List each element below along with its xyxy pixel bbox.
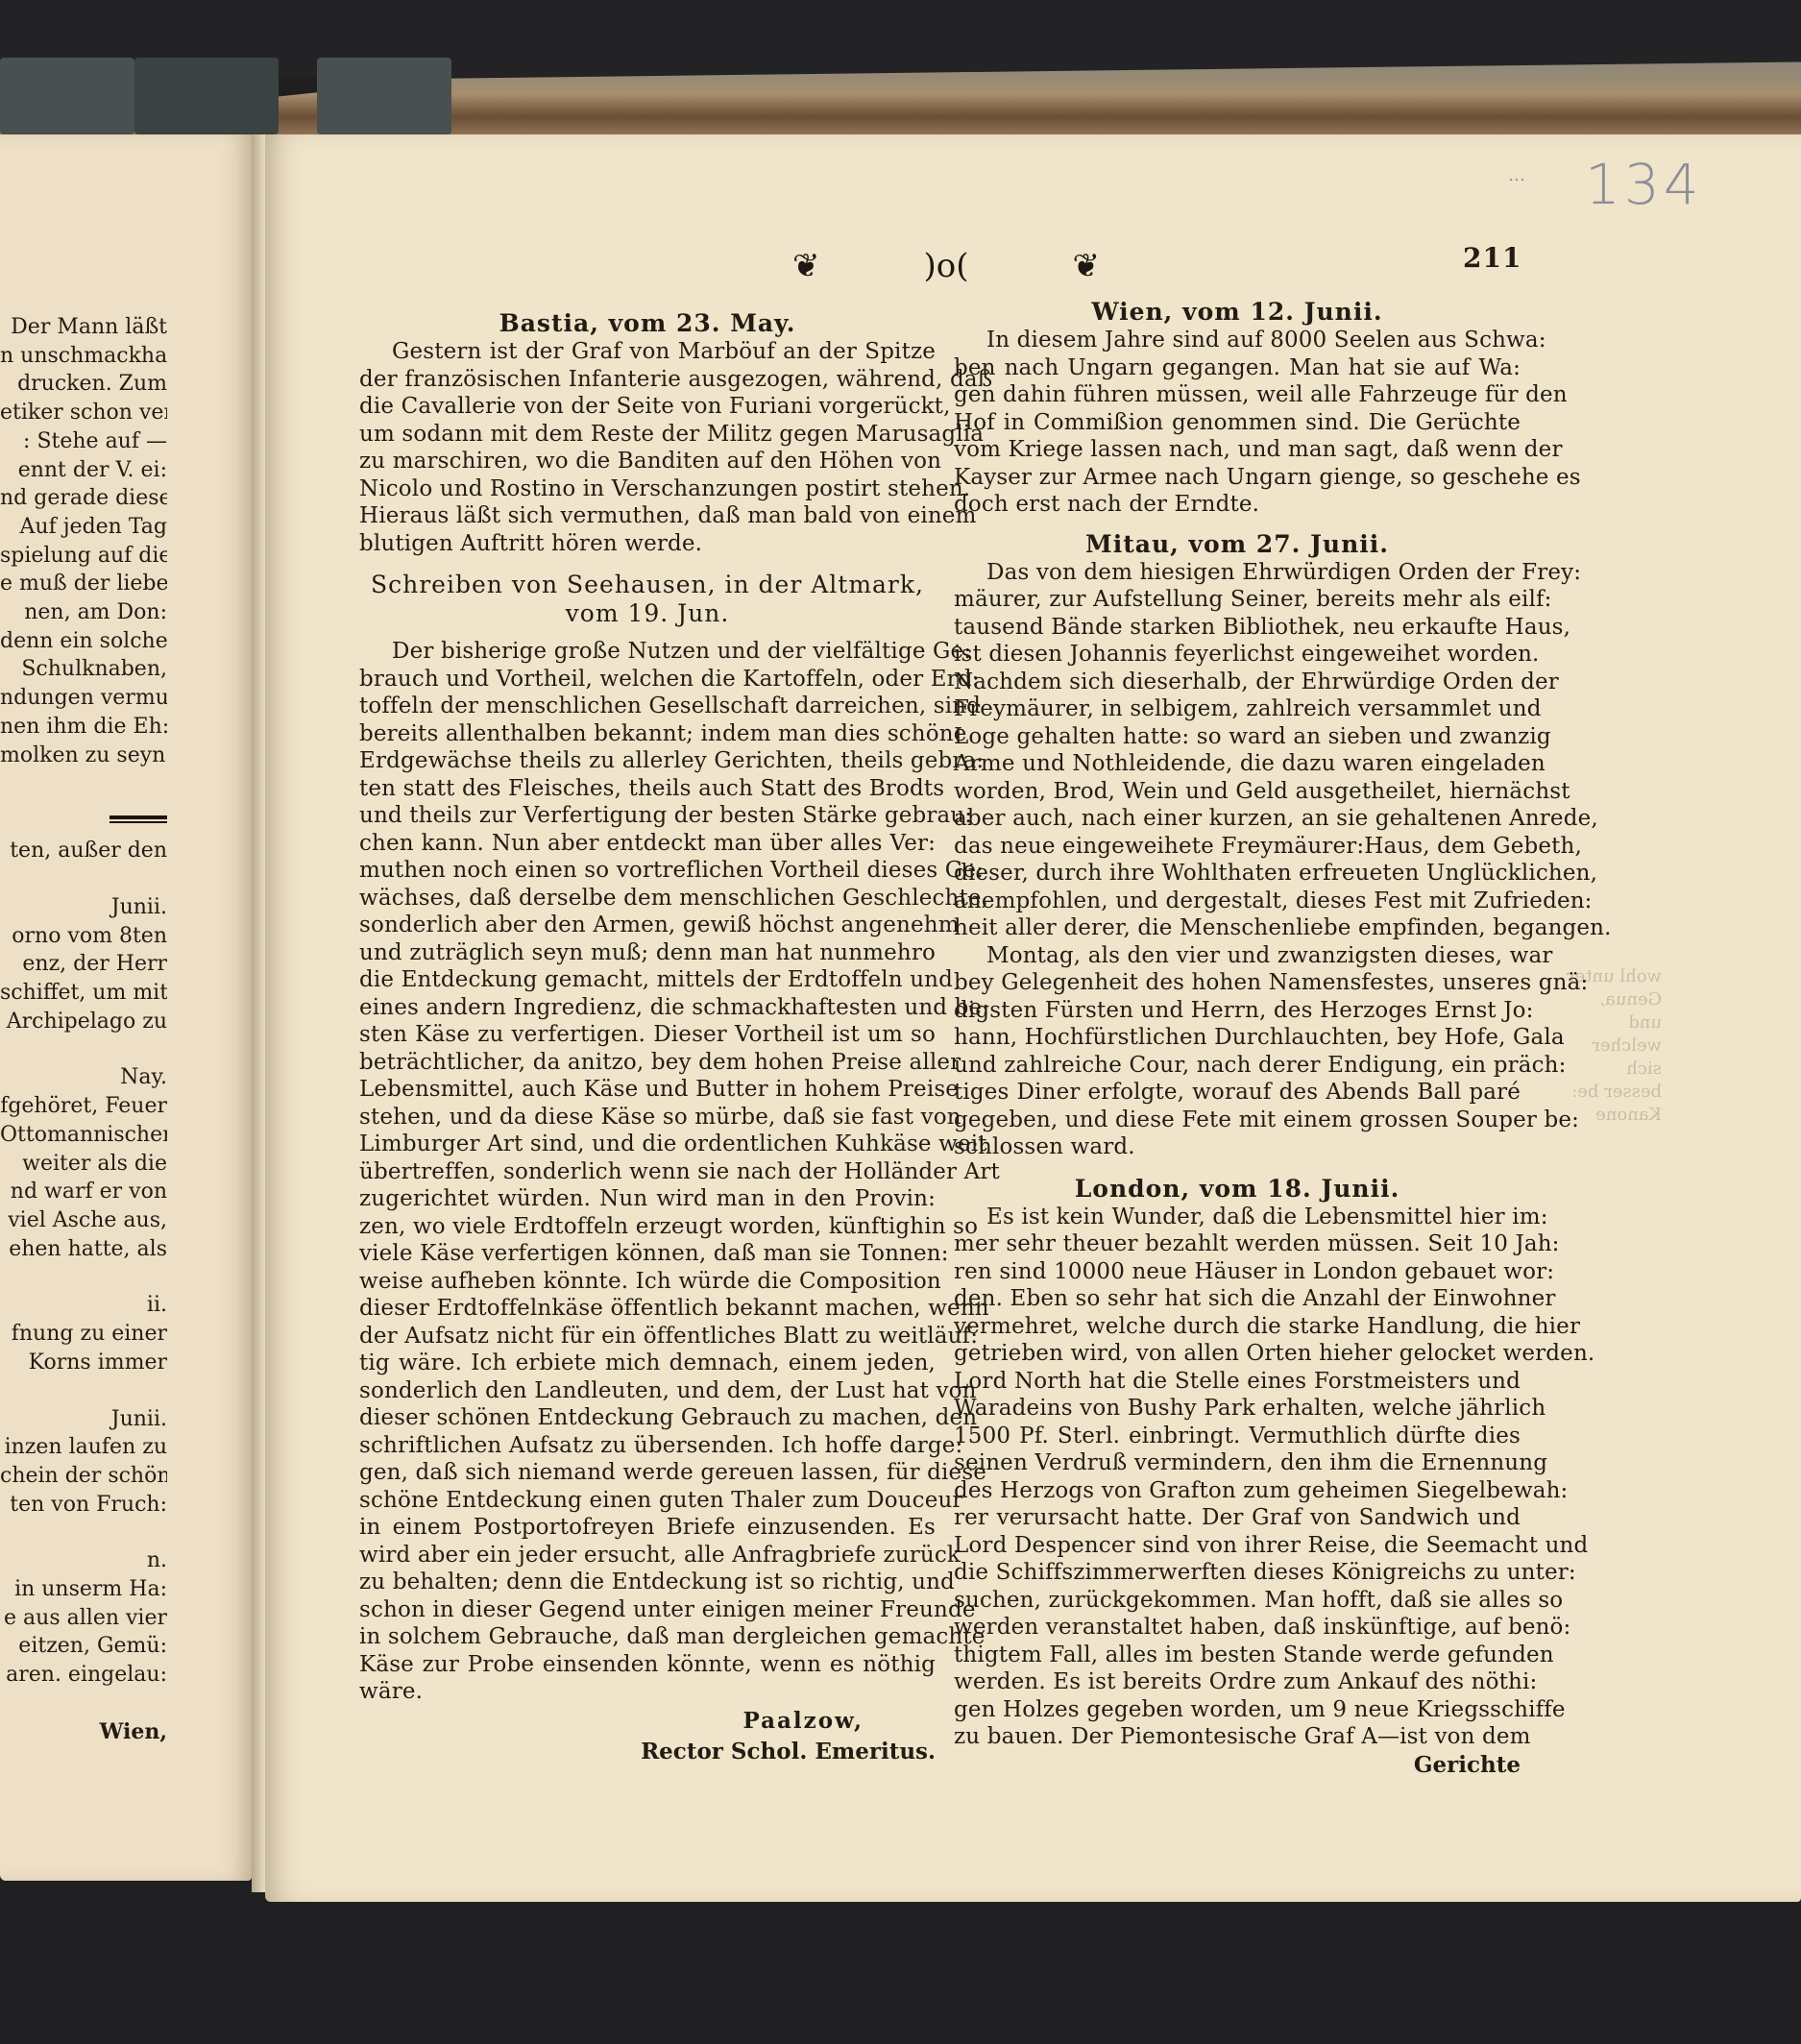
text-line: etiker schon ver:	[0, 399, 167, 427]
text-line	[0, 1519, 167, 1546]
text-line: ren sind 10000 neue Häuser in London geb…	[954, 1258, 1521, 1286]
text-line: schon in dieser Gegend unter einigen mei…	[359, 1596, 936, 1624]
text-line: Limburger Art sind, und die ordentlichen…	[359, 1131, 936, 1158]
text-line: tig wäre. Ich erbiete mich demnach, eine…	[359, 1350, 936, 1377]
text-line: in solchem Gebrauche, daß man dergleiche…	[359, 1623, 936, 1651]
fleuron-shell-icon: ❦	[792, 247, 820, 285]
text-line: Montag, als den vier und zwanzigsten die…	[954, 942, 1521, 970]
text-line: getrieben wird, von allen Orten hieher g…	[954, 1340, 1521, 1368]
article-body-bastia: Gestern ist der Graf von Marböuf an der …	[359, 338, 936, 557]
bleed-through-line: welcher sich	[1566, 1034, 1662, 1081]
text-line: Junii.	[0, 893, 167, 922]
text-line: In diesem Jahre sind auf 8000 Seelen aus…	[954, 327, 1521, 354]
signature-name: Paalzow,	[359, 1706, 936, 1737]
text-line: fnung zu einer	[0, 1320, 167, 1349]
text-line: bey Gelegenheit des hohen Namensfestes, …	[954, 969, 1521, 997]
text-line: eines andern Ingredienz, die schmackhaft…	[359, 994, 936, 1022]
double-rule-divider	[110, 821, 167, 823]
text-line: Lebensmittel, auch Käse und Butter in ho…	[359, 1076, 936, 1104]
text-line: doch erst nach der Erndte.	[954, 491, 1521, 519]
signature-title: Rector Schol. Emeritus.	[359, 1737, 936, 1767]
text-line: wäre.	[359, 1678, 936, 1706]
text-line: die Schiffszimmerwerften dieses Königrei…	[954, 1559, 1521, 1587]
archive-pencil-number: 134	[1585, 152, 1703, 217]
article-heading-seehausen-date: vom 19. Jun.	[359, 599, 936, 628]
text-line: in unserm Ha:	[0, 1575, 167, 1604]
text-line: muthen noch einen so vortreflichen Vorth…	[359, 857, 936, 885]
bleed-through-line: wohl unter	[1566, 965, 1662, 988]
text-line: Arme und Nothleidende, die dazu waren ei…	[954, 750, 1521, 778]
article-body-london: Es ist kein Wunder, daß die Lebensmittel…	[954, 1204, 1521, 1751]
text-line: zu bauen. Der Piemontesische Graf A—ist …	[954, 1723, 1521, 1751]
text-line: und zahlreiche Cour, nach derer Endigung…	[954, 1052, 1521, 1080]
text-line: rer verursacht hatte. Der Graf von Sandw…	[954, 1504, 1521, 1532]
text-line: Es ist kein Wunder, daß die Lebensmittel…	[954, 1204, 1521, 1231]
text-line: aren. eingelau:	[0, 1661, 167, 1690]
text-line: die Cavallerie von der Seite von Furiani…	[359, 393, 936, 421]
text-line: vom Kriege lassen nach, und man sagt, da…	[954, 436, 1521, 464]
text-line: brauch und Vortheil, welchen die Kartoff…	[359, 666, 936, 693]
text-line: nd gerade dieser	[0, 484, 167, 513]
text-line: zu behalten; denn die Entdeckung ist so …	[359, 1569, 936, 1596]
article-heading-wien: Wien, vom 12. Junii.	[954, 298, 1521, 327]
text-line: der Aufsatz nicht für ein öffentliches B…	[359, 1323, 936, 1350]
text-line: ten statt des Fleisches, theils auch Sta…	[359, 775, 936, 803]
article-heading-seehausen: Schreiben von Seehausen, in der Altmark,	[359, 571, 936, 599]
text-line: tausend Bände starken Bibliothek, neu er…	[954, 614, 1521, 642]
text-line: Lord North hat die Stelle eines Forstmei…	[954, 1368, 1521, 1396]
text-line: ist diesen Johannis feyerlichst eingewei…	[954, 641, 1521, 669]
text-line: fgehöret, Feuer	[0, 1092, 167, 1121]
article-body-wien: In diesem Jahre sind auf 8000 Seelen aus…	[954, 327, 1521, 519]
text-line: stehen, und da diese Käse so mürbe, daß …	[359, 1104, 936, 1131]
text-line: Waradeins von Bushy Park erhalten, welch…	[954, 1395, 1521, 1423]
text-line: 1500 Pf. Sterl. einbringt. Vermuthlich d…	[954, 1423, 1521, 1450]
text-line: e aus allen vier	[0, 1604, 167, 1633]
text-line: Schulknaben,	[0, 655, 167, 684]
bleed-through-line: Genua, und	[1566, 988, 1662, 1034]
text-line: Nay.	[0, 1063, 167, 1092]
text-line: zugerichtet würden. Nun wird man in den …	[359, 1185, 936, 1213]
text-line: digsten Fürsten und Herrn, des Herzoges …	[954, 997, 1521, 1025]
divider-ornament: )o(	[924, 247, 969, 285]
text-line: hann, Hochfürstlichen Durchlauchten, bey…	[954, 1024, 1521, 1052]
text-line: Gestern ist der Graf von Marböuf an der …	[359, 338, 936, 366]
text-line: n unschmackhaf:	[0, 342, 167, 371]
text-line	[0, 1377, 167, 1405]
text-line: gen, daß sich niemand werde gereuen lass…	[359, 1459, 936, 1487]
article-body-seehausen: Der bisherige große Nutzen und der vielf…	[359, 638, 936, 1706]
bleed-through-line: besser be:	[1566, 1081, 1662, 1104]
text-line: ben nach Ungarn gegangen. Man hat sie au…	[954, 354, 1521, 382]
text-line: Der bisherige große Nutzen und der vielf…	[359, 638, 936, 666]
text-line: schöne Entdeckung einen guten Thaler zum…	[359, 1487, 936, 1515]
text-line: heit aller derer, die Menschenliebe empf…	[954, 914, 1521, 942]
text-line: gen Holzes gegeben worden, um 9 neue Kri…	[954, 1696, 1521, 1724]
text-line: ten, außer den	[0, 837, 167, 865]
article-body-mitau-2: Montag, als den vier und zwanzigsten die…	[954, 942, 1521, 1161]
text-line: aber auch, nach einer kurzen, an sie geh…	[954, 805, 1521, 833]
text-line: mer sehr theuer bezahlt werden müssen. S…	[954, 1230, 1521, 1258]
text-line: thigtem Fall, alles im besten Stande wer…	[954, 1642, 1521, 1669]
double-rule-divider	[110, 815, 167, 819]
bleed-through-line: Kanone	[1566, 1104, 1662, 1127]
text-line: weise aufheben könnte. Ich würde die Com…	[359, 1268, 936, 1296]
text-line: nd warf er von	[0, 1178, 167, 1206]
text-line: schlossen ward.	[954, 1133, 1521, 1161]
book-scan: Der Mann läßtn unschmackhaf:drucken. Zum…	[0, 0, 1801, 2044]
binding-clasp	[0, 58, 134, 134]
text-line: sonderlich aber den Armen, gewiß höchst …	[359, 912, 936, 939]
text-line: weiter als die	[0, 1150, 167, 1179]
right-column: Wien, vom 12. Junii. In diesem Jahre sin…	[954, 298, 1521, 1779]
text-line: ii.	[0, 1291, 167, 1320]
text-line: um sodann mit dem Reste der Militz gegen…	[359, 421, 936, 449]
text-line: dieser, durch ihre Wohlthaten erfreueten…	[954, 860, 1521, 888]
text-line: e muß der liebe	[0, 570, 167, 598]
page-number: 211	[1463, 242, 1521, 274]
text-line: Kayser zur Armee nach Ungarn gienge, so …	[954, 464, 1521, 492]
text-line: ennt der V. ei:	[0, 456, 167, 485]
text-line: schiffet, um mit	[0, 979, 167, 1008]
text-line: Hof in Commißion genommen sind. Die Gerü…	[954, 409, 1521, 437]
scan-backdrop-bottom	[0, 1883, 1801, 2044]
text-line: eitzen, Gemü:	[0, 1632, 167, 1661]
text-line: sten Käse zu verfertigen. Dieser Vorthei…	[359, 1021, 936, 1049]
text-line: werden. Es ist bereits Ordre zum Ankauf …	[954, 1668, 1521, 1696]
binding-clasp	[317, 58, 451, 134]
text-line: molken zu seyn.	[0, 742, 167, 770]
article-heading-bastia: Bastia, vom 23. May.	[359, 309, 936, 338]
text-line: Ottomannischen	[0, 1121, 167, 1150]
text-line: bereits allenthalben bekannt; indem man …	[359, 720, 936, 748]
book-gutter	[252, 134, 265, 1892]
text-line: n.	[0, 1546, 167, 1575]
text-line: spielung auf die	[0, 542, 167, 571]
text-line: worden, Brod, Wein und Geld ausgetheilet…	[954, 778, 1521, 806]
text-line: vermehret, welche durch die starke Handl…	[954, 1313, 1521, 1341]
text-line: inzen laufen zu	[0, 1433, 167, 1462]
text-line: zen, wo viele Erdtoffeln erzeugt worden,…	[359, 1213, 936, 1241]
text-line: sonderlich den Landleuten, und dem, der …	[359, 1377, 936, 1405]
text-line: das neue eingeweihete Freymäurer:Haus, d…	[954, 833, 1521, 861]
header-ornaments: ❦ )o( ❦	[792, 245, 1100, 287]
article-heading-mitau: Mitau, vom 27. Junii.	[954, 530, 1521, 559]
text-line: nen, am Don:	[0, 598, 167, 627]
text-line: chen kann. Nun aber entdeckt man über al…	[359, 830, 936, 858]
text-line: werden veranstaltet haben, daß inskünfti…	[954, 1614, 1521, 1642]
bleed-through-text: wohl unterGenua, undwelcher sichbesser b…	[1566, 965, 1662, 1127]
left-page-text-fragment: Der Mann läßtn unschmackhaf:drucken. Zum…	[0, 313, 167, 1747]
text-line: des Herzogs von Grafton zum geheimen Sie…	[954, 1477, 1521, 1505]
text-line	[0, 865, 167, 893]
text-line: Der Mann läßt	[0, 313, 167, 342]
binding-clasp	[134, 58, 279, 134]
article-body-mitau: Das von dem hiesigen Ehrwürdigen Orden d…	[954, 559, 1521, 942]
text-line: ten von Fruch:	[0, 1491, 167, 1520]
text-line: und theils zur Verfertigung der besten S…	[359, 802, 936, 830]
text-line: der französischen Infanterie ausgezogen,…	[359, 366, 936, 394]
archive-stamp: …	[1508, 165, 1525, 185]
text-line: übertreffen, sonderlich wenn sie nach de…	[359, 1158, 936, 1186]
text-line: wird aber ein jeder ersucht, alle Anfrag…	[359, 1542, 936, 1569]
fleuron-shell-icon: ❦	[1073, 247, 1101, 285]
text-line: tiges Diner erfolgte, worauf des Abends …	[954, 1079, 1521, 1107]
text-line: Das von dem hiesigen Ehrwürdigen Orden d…	[954, 559, 1521, 587]
left-column: Bastia, vom 23. May. Gestern ist der Gra…	[359, 309, 936, 1767]
text-line: schriftlichen Aufsatz zu übersenden. Ich…	[359, 1432, 936, 1460]
text-line: Junii.	[0, 1405, 167, 1434]
text-line: Nicolo und Rostino in Verschanzungen pos…	[359, 475, 936, 503]
text-line: in einem Postportofreyen Briefe einzusen…	[359, 1514, 936, 1542]
text-line: seinen Verdruß vermindern, den ihm die E…	[954, 1449, 1521, 1477]
text-line: Hieraus läßt sich vermuthen, daß man bal…	[359, 502, 936, 530]
text-line: orno vom 8ten	[0, 922, 167, 951]
article-heading-london: London, vom 18. Junii.	[954, 1175, 1521, 1204]
text-line	[0, 1035, 167, 1063]
text-line: die Entdeckung gemacht, mittels der Erdt…	[359, 966, 936, 994]
catchword: Gerichte	[954, 1751, 1521, 1779]
text-line: toffeln der menschlichen Gesellschaft da…	[359, 693, 936, 720]
text-line: : Stehe auf —	[0, 427, 167, 456]
text-line: Erdgewächse theils zu allerley Gerichten…	[359, 747, 936, 775]
text-line: nen ihm die Eh:	[0, 713, 167, 742]
text-line: beträchtlicher, da anitzo, bey dem hohen…	[359, 1049, 936, 1077]
text-line: Archipelago zu	[0, 1008, 167, 1036]
text-line: dieser schönen Entdeckung Gebrauch zu ma…	[359, 1404, 936, 1432]
text-line: Lord Despencer sind von ihrer Reise, die…	[954, 1532, 1521, 1560]
text-line: wächses, daß derselbe dem menschlichen G…	[359, 885, 936, 912]
text-line: mäurer, zur Aufstellung Seiner, bereits …	[954, 586, 1521, 614]
text-line: Korns immer	[0, 1349, 167, 1377]
text-line: blutigen Auftritt hören werde.	[359, 530, 936, 558]
text-line: Freymäurer, in selbigem, zahlreich versa…	[954, 695, 1521, 723]
text-line: Nachdem sich dieserhalb, der Ehrwürdige …	[954, 669, 1521, 696]
text-line: ndungen vermu:	[0, 684, 167, 713]
text-line: chein der schön:	[0, 1462, 167, 1491]
text-line: viel Asche aus,	[0, 1206, 167, 1235]
text-line: denn ein solcher	[0, 627, 167, 656]
text-line: gegeben, und diese Fete mit einem grosse…	[954, 1107, 1521, 1134]
text-line: anempfohlen, und dergestalt, dieses Fest…	[954, 888, 1521, 915]
text-line: ehen hatte, als	[0, 1235, 167, 1264]
text-line: viele Käse verfertigen können, daß man s…	[359, 1240, 936, 1268]
text-line: Loge gehalten hatte: so ward an sieben u…	[954, 723, 1521, 751]
text-line	[0, 1263, 167, 1291]
text-line: zu marschiren, wo die Banditen auf den H…	[359, 448, 936, 475]
text-line: den. Eben so sehr hat sich die Anzahl de…	[954, 1285, 1521, 1313]
text-line: gen dahin führen müssen, weil alle Fahrz…	[954, 381, 1521, 409]
text-line: Auf jeden Tag	[0, 513, 167, 542]
text-line: dieser Erdtoffelnkäse öffentlich bekannt…	[359, 1295, 936, 1323]
text-line: enz, der Herr	[0, 950, 167, 979]
text-line: und zuträglich seyn muß; denn man hat nu…	[359, 939, 936, 967]
signature: Paalzow, Rector Schol. Emeritus.	[359, 1706, 936, 1767]
catchword: Wien,	[0, 1718, 167, 1747]
text-line: suchen, zurückgekommen. Man hofft, daß s…	[954, 1587, 1521, 1615]
text-line: drucken. Zum	[0, 370, 167, 399]
text-line: Käse zur Probe einsenden könnte, wenn es…	[359, 1651, 936, 1679]
